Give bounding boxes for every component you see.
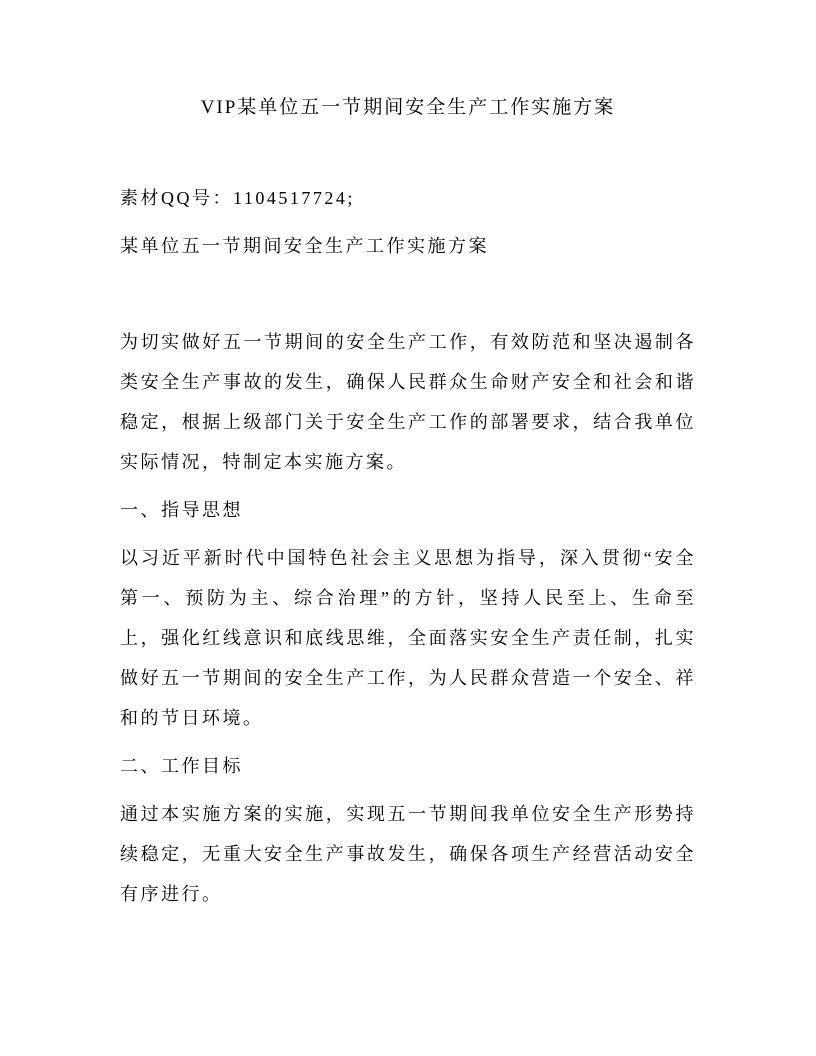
document-title: VIP某单位五一节期间安全生产工作实施方案 [120, 93, 696, 123]
material-qq-line: 素材QQ号：1104517724; [120, 178, 696, 218]
paragraph-guiding-ideology: 以习近平新时代中国特色社会主义思想为指导，深入贯彻“安全第一、预防为主、综合治理… [120, 538, 696, 738]
paragraph-work-goals: 通过本实施方案的实施，实现五一节期间我单位安全生产形势持续稳定，无重大安全生产事… [120, 794, 696, 914]
section-heading-guiding-ideology: 一、指导思想 [120, 490, 696, 530]
document-subtitle: 某单位五一节期间安全生产工作实施方案 [120, 226, 696, 266]
document-page: VIP某单位五一节期间安全生产工作实施方案 素材QQ号：1104517724; … [0, 0, 816, 1056]
blank-line [120, 274, 696, 322]
section-heading-work-goals: 二、工作目标 [120, 746, 696, 786]
paragraph-preamble: 为切实做好五一节期间的安全生产工作，有效防范和坚决遏制各类安全生产事故的发生，确… [120, 322, 696, 482]
